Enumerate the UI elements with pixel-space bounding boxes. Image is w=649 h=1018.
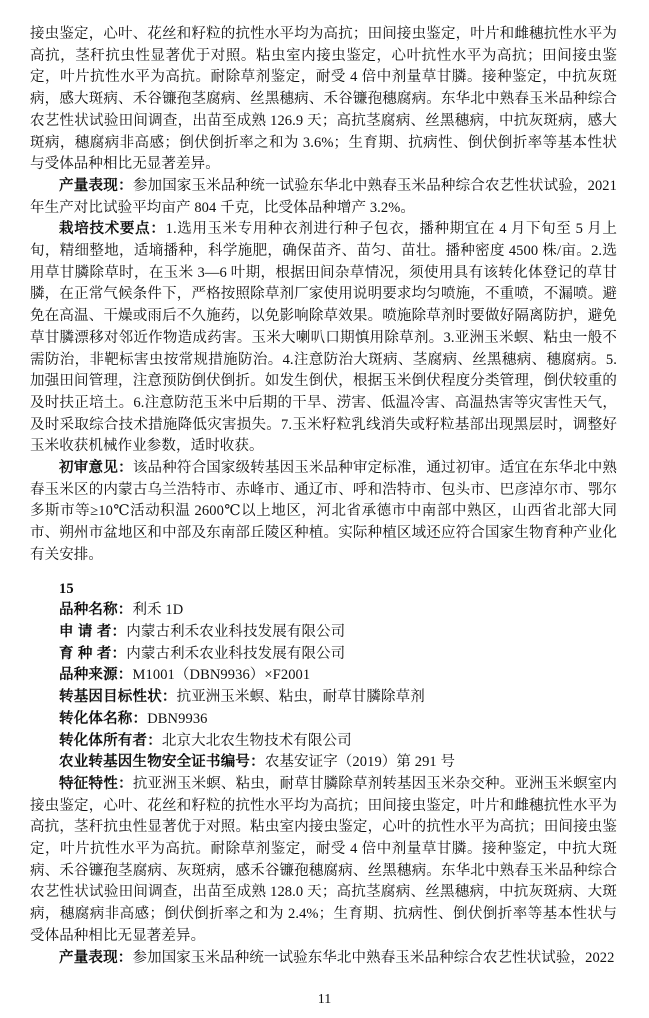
field-event-name-label: 转化体名称： [59, 711, 147, 727]
field-event-owner: 转化体所有者：北京大北农生物技术有限公司 [30, 731, 617, 753]
field-gm-target-trait: 转基因目标性状：抗亚洲玉米螟、粘虫，耐草甘膦除草剂 [30, 687, 617, 709]
field-applicant-label: 申 请 者： [59, 624, 126, 640]
cultivation-text: 1.选用玉米专用种衣剂进行种子包衣，播种期宜在 4 月下旬至 5 月上旬，精细整… [30, 221, 617, 454]
field-safety-certificate-label: 农业转基因生物安全证书编号： [59, 754, 265, 770]
paragraph-traits-continued: 接虫鉴定，心叶、花丝和籽粒的抗性水平均为高抗；田间接虫鉴定，叶片和雌穗抗性水平为… [30, 24, 617, 176]
field-variety-name: 品种名称：利禾 1D [30, 600, 617, 622]
field-applicant-value: 内蒙古利禾农业科技发展有限公司 [126, 624, 345, 640]
traits-label: 特征特性： [59, 776, 133, 792]
document-page: 接虫鉴定，心叶、花丝和籽粒的抗性水平均为高抗；田间接虫鉴定，叶片和雌穗抗性水平为… [0, 0, 649, 1018]
page-number: 11 [0, 990, 649, 1010]
paragraph-yield-2021: 产量表现：参加国家玉米品种统一试验东华北中熟春玉米品种综合农艺性状试验，2021… [30, 176, 617, 219]
yield-2022-label: 产量表现： [59, 950, 133, 966]
page-content: 接虫鉴定，心叶、花丝和籽粒的抗性水平均为高抗；田间接虫鉴定，叶片和雌穗抗性水平为… [30, 24, 617, 969]
field-variety-name-label: 品种名称： [59, 602, 133, 618]
review-label: 初审意见： [59, 460, 133, 476]
field-applicant: 申 请 者：内蒙古利禾农业科技发展有限公司 [30, 622, 617, 644]
cultivation-label: 栽培技术要点： [59, 221, 166, 237]
field-breeder-label: 育 种 者： [59, 646, 126, 662]
field-safety-certificate: 农业转基因生物安全证书编号：农基安证字（2019）第 291 号 [30, 752, 617, 774]
yield-2022-text: 参加国家玉米品种统一试验东华北中熟春玉米品种综合农艺性状试验，2022 [133, 950, 615, 966]
paragraph-traits: 特征特性：抗亚洲玉米螟、粘虫，耐草甘膦除草剂转基因玉米杂交种。亚洲玉米螟室内接虫… [30, 774, 617, 948]
field-variety-name-value: 利禾 1D [133, 602, 184, 618]
field-gm-target-trait-label: 转基因目标性状： [59, 689, 177, 705]
field-event-owner-label: 转化体所有者： [59, 733, 162, 749]
field-variety-source-label: 品种来源： [59, 667, 133, 683]
field-breeder: 育 种 者：内蒙古利禾农业科技发展有限公司 [30, 644, 617, 666]
field-breeder-value: 内蒙古利禾农业科技发展有限公司 [126, 646, 345, 662]
field-event-name: 转化体名称：DBN9936 [30, 709, 617, 731]
traits-text: 抗亚洲玉米螟、粘虫，耐草甘膦除草剂转基因玉米杂交种。亚洲玉米螟室内接虫鉴定，心叶… [30, 776, 617, 944]
field-event-owner-value: 北京大北农生物技术有限公司 [162, 733, 352, 749]
paragraph-cultivation: 栽培技术要点：1.选用玉米专用种衣剂进行种子包衣，播种期宜在 4 月下旬至 5 … [30, 219, 617, 458]
paragraph-review: 初审意见：该品种符合国家级转基因玉米品种审定标准，通过初审。适宜在东华北中熟春玉… [30, 458, 617, 567]
field-variety-source-value: M1001（DBN9936）×F2001 [133, 667, 311, 683]
field-safety-certificate-value: 农基安证字（2019）第 291 号 [265, 754, 455, 770]
entry-number: 15 [30, 579, 617, 601]
yield-2021-label: 产量表现： [59, 178, 133, 194]
field-gm-target-trait-value: 抗亚洲玉米螟、粘虫，耐草甘膦除草剂 [177, 689, 425, 705]
field-event-name-value: DBN9936 [147, 711, 207, 727]
field-variety-source: 品种来源：M1001（DBN9936）×F2001 [30, 665, 617, 687]
paragraph-yield-2022: 产量表现：参加国家玉米品种统一试验东华北中熟春玉米品种综合农艺性状试验，2022 [30, 948, 617, 970]
